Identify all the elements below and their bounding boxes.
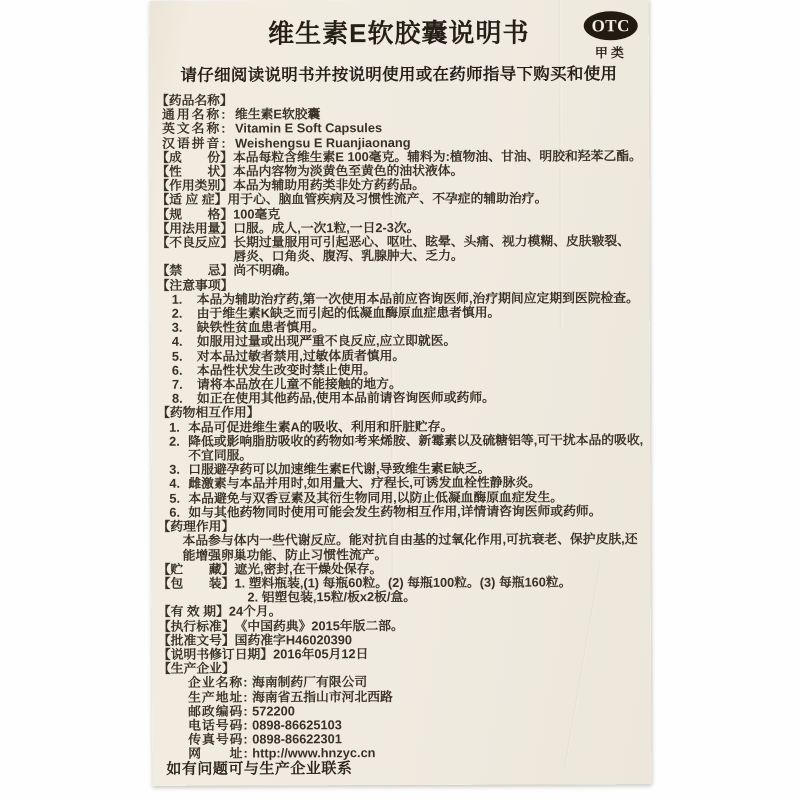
field-value: 0898-86622301	[252, 731, 644, 747]
leaflet-row: 如有问题可与生产企业联系	[158, 761, 644, 777]
leaflet-photo: 维生素E软胶囊说明书 OTC 甲类 请仔细阅读说明书并按说明使用或在药师指导下购…	[0, 0, 800, 800]
field-label: 【适 应 症】	[156, 193, 227, 207]
field-value	[233, 92, 642, 93]
field-value: 海南制药厂有限公司	[252, 674, 644, 690]
item-number: 3.	[172, 321, 197, 335]
field-value: 长期过量服用可引起恶心、呕吐、眩晕、头痛、视力模糊、皮肤皲裂、唇炎、口角炎、腹泻…	[233, 234, 642, 264]
leaflet-row: 8.如正在使用其他药品,使用本品前请咨询医师或药师。	[157, 390, 643, 406]
item-text: 本品性状发生改变时禁止使用。	[197, 362, 643, 378]
field-value: 100毫克	[233, 206, 642, 222]
field-value: Vitamin E Soft Capsules	[235, 121, 642, 137]
paragraph-text: 本品参与体内一些代谢反应。能对抗自由基的过氧化作用,可抗衰老、保护皮肤,还能增强…	[182, 532, 643, 562]
field-value-line: 1. 塑料瓶装,(1) 每瓶60粒。(2) 每瓶100粒。(3) 每瓶160粒。	[234, 575, 643, 591]
leaflet-paper: 维生素E软胶囊说明书 OTC 甲类 请仔细阅读说明书并按说明使用或在药师指导下购…	[150, 0, 652, 786]
field-label: 汉语拼音:	[162, 136, 235, 150]
field-value: 本品内容物为淡黄色至黄色的油状液体。	[233, 163, 642, 179]
field-value: 24个月。	[229, 603, 644, 619]
leaflet-row: 2.降低或影响脂肪吸收的药物如考来烯胺、新霉素以及硫糖铝等,可干扰本品的吸收,不…	[157, 433, 643, 463]
field-label: 【批准文号】	[158, 633, 235, 647]
item-number: 2.	[172, 307, 197, 321]
leaflet-body: 【药品名称】通用名称:维生素E软胶囊英文名称:Vitamin E Soft Ca…	[156, 92, 644, 776]
otc-badge-icon: OTC	[584, 11, 638, 40]
field-value: 维生素E软胶囊	[235, 106, 642, 122]
item-number: 6.	[169, 506, 188, 520]
leaflet-row: 本品参与体内一些代谢反应。能对抗自由基的过氧化作用,可抗衰老、保护皮肤,还能增强…	[157, 532, 643, 562]
leaflet-content: 维生素E软胶囊说明书 OTC 甲类 请仔细阅读说明书并按说明使用或在药师指导下购…	[156, 0, 645, 777]
field-value-line: 2. 铝塑包装,15粒/板x2板/盒。	[247, 589, 643, 605]
leaflet-row: 6.如与其他药物同时使用可能会发生药物相互作用,详情请咨询医师或药师。	[157, 504, 643, 520]
item-number: 1.	[169, 420, 188, 434]
field-label: 【包 装】	[158, 576, 235, 590]
field-label: 生产地址:	[188, 690, 252, 704]
item-text: 如正在使用其他药品,使用本品前请咨询医师或药师。	[197, 390, 643, 406]
field-label: 网 址:	[188, 747, 252, 761]
field-label: 【注意事项】	[157, 278, 234, 292]
field-value: 尚不明确。	[233, 263, 642, 279]
field-value: http://www.hnzyc.cn	[252, 745, 644, 761]
field-label: 企业名称:	[188, 676, 252, 690]
item-number: 2.	[169, 435, 188, 449]
item-number: 6.	[172, 364, 197, 378]
field-value: 用于心、脑血管疾病及习惯性流产、不孕症的辅助治疗。	[227, 192, 642, 208]
item-number: 1.	[172, 293, 197, 307]
field-value: 2016年05月12日	[273, 646, 644, 661]
leaflet-row: 【禁 忌】尚不明确。	[157, 263, 643, 279]
item-text: 如与其他药物同时使用可能会发生药物相互作用,详情请咨询医师或药师。	[188, 504, 643, 520]
item-number: 5.	[169, 491, 188, 505]
field-label: 英文名称:	[162, 122, 235, 136]
item-text: 由于维生素K缺乏而引起的低凝血酶原血症患者慎用。	[197, 305, 643, 321]
item-number: 7.	[172, 378, 197, 392]
item-number: 3.	[169, 463, 188, 477]
field-value: 《中国药典》2015年版二部。	[235, 618, 644, 634]
item-text: 如服用过量或出现严重不良反应,应立即就医。	[197, 334, 643, 350]
item-number: 5.	[172, 349, 197, 363]
leaflet-row: 网 址:http://www.hnzyc.cn	[158, 745, 644, 761]
leaflet-row: 【说明书修订日期】2016年05月12日	[158, 646, 644, 662]
item-text: 降低或影响脂肪吸收的药物如考来烯胺、新霉素以及硫糖铝等,可干扰本品的吸收,不宜同…	[188, 433, 643, 463]
otc-class-label: 甲类	[582, 42, 640, 61]
field-label: 【规 格】	[156, 207, 233, 221]
item-text: 对本品过敏者禁用,过敏体质者慎用。	[197, 348, 643, 364]
contact-footer: 如有问题可与生产企业联系	[158, 762, 352, 777]
leaflet-row: 【包 装】1. 塑料瓶装,(1) 每瓶60粒。(2) 每瓶100粒。(3) 每瓶…	[158, 575, 644, 605]
field-value: 1. 塑料瓶装,(1) 每瓶60粒。(2) 每瓶100粒。(3) 每瓶160粒。…	[234, 575, 643, 605]
field-value: 0898-86625103	[252, 717, 644, 733]
field-value: 国药准字H46020390	[235, 632, 644, 648]
field-label: 【药物相互作用】	[157, 406, 259, 421]
field-label: 【禁 忌】	[157, 264, 234, 278]
title-row: 维生素E软胶囊说明书 OTC 甲类	[156, 15, 642, 55]
field-label: 邮政编码:	[188, 704, 252, 718]
usage-notice: 请仔细阅读说明书并按说明使用或在药师指导下购买和使用	[156, 60, 642, 86]
item-number: 4.	[169, 477, 188, 491]
field-label: 【有 效 期】	[158, 605, 229, 619]
field-label: 【贮 藏】	[158, 562, 235, 576]
field-value: 海南省五指山市河北西路	[252, 689, 644, 705]
otc-mark: OTC 甲类	[582, 11, 640, 61]
field-value: 572200	[252, 703, 644, 719]
page-title: 维生素E软胶囊说明书	[268, 18, 529, 49]
field-label: 【执行标准】	[158, 619, 235, 633]
leaflet-row: 【不良反应】长期过量服用可引起恶心、呕吐、眩晕、头痛、视力模糊、皮肤皲裂、唇炎、…	[156, 234, 642, 264]
field-label: 【不良反应】	[156, 236, 233, 250]
item-number: 8.	[172, 392, 197, 406]
item-number: 4.	[172, 335, 197, 349]
